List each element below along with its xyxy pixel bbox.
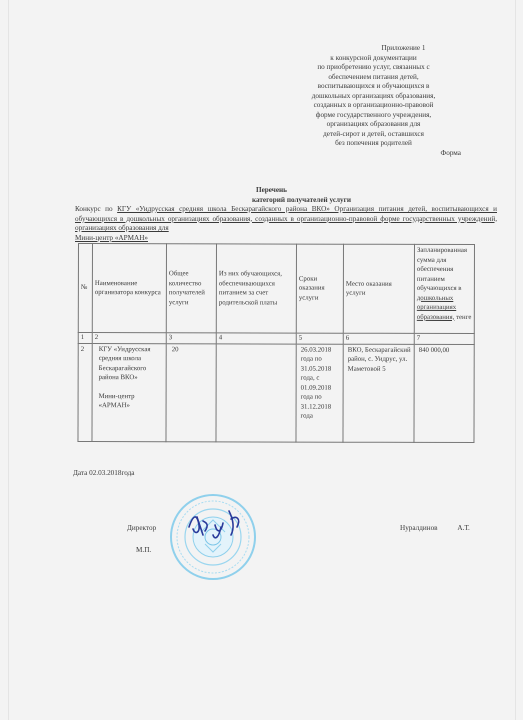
signer-name: Нуралдинов А.Т.: [400, 524, 470, 532]
appendix-line: воспитывающихся и обучающихся в: [286, 82, 461, 92]
appendix-line: детей-сирот и детей, оставшихся: [286, 130, 461, 140]
header-amount: Запланированная сумма для обеспечения пи…: [414, 244, 474, 333]
column-number: 5: [296, 333, 343, 344]
scan-edge: [8, 0, 9, 720]
header-amount-text: Запланированная сумма для обеспечения пи…: [417, 247, 467, 292]
header-total: Общее количество получателей услуги: [166, 244, 216, 333]
director-label: Директор: [127, 524, 156, 532]
recipients-table: № Наименование организатора конкурса Общ…: [77, 243, 475, 443]
table-row: 2 КГУ «Уидрусская средняя школа Бескараг…: [78, 343, 474, 442]
row-amount: 840 000,00: [414, 344, 474, 442]
row-organizer-name: КГУ «Уидрусская средняя школа Бескарагай…: [99, 345, 164, 383]
appendix-line: форме государственного учреждения,: [286, 111, 461, 121]
row-period: 26.03.2018 года по 31.05.2018 года, с 01…: [296, 344, 343, 442]
header-place: Место оказания услуги: [343, 244, 414, 333]
appendix-line: без попечения родителей: [286, 139, 461, 149]
row-organizer: КГУ «Уидрусская средняя школа Бескарагай…: [92, 343, 166, 441]
stamp-label: М.П.: [136, 546, 151, 554]
column-number: 4: [216, 333, 296, 344]
row-num: 2: [78, 343, 92, 441]
row-organizer-sub: Мини-центр «АРМАН»: [99, 392, 164, 411]
header-organizer: Наименование организатора конкурса: [92, 244, 166, 333]
contest-subject: КГУ «Уидрусская средняя школа Бескарагай…: [75, 205, 497, 232]
column-number: 6: [343, 333, 414, 344]
header-num: №: [78, 244, 92, 333]
header-period: Сроки оказания услуги: [296, 244, 343, 333]
header-amount-unit: тенге: [456, 313, 471, 320]
document-subtitle: категорий получателей услуги: [40, 196, 523, 205]
column-number: 3: [166, 333, 216, 344]
contest-organization: Мини-центр «АРМАН»: [75, 234, 148, 242]
signature-icon: [185, 505, 260, 545]
row-place: ВКО, Бескарагайский район, с. Уидрус, ул…: [343, 344, 414, 442]
header-parent-paid: Из них обучающихся, обеспечивающихся пит…: [216, 244, 296, 333]
appendix-line: организациях образования для: [286, 120, 461, 130]
column-number: 2: [92, 333, 166, 344]
form-label: Форма: [286, 149, 461, 159]
row-parent-paid: [216, 343, 296, 441]
appendix-line: к конкурсной документации: [286, 54, 461, 64]
appendix-line: Приложение 1: [286, 44, 461, 54]
row-total: 20: [166, 343, 216, 441]
appendix-line: созданных в организационно-правовой: [286, 101, 461, 111]
header-amount-underlined: дошкольных организациях образования,: [417, 294, 456, 320]
contest-prefix: Конкурс по: [75, 205, 113, 213]
scan-edge: [515, 0, 516, 720]
appendix-line: обеспечением питания детей,: [286, 73, 461, 83]
document-date: Дата 02.03.2018года: [73, 469, 134, 477]
document-title: Перечень: [10, 186, 523, 195]
column-number: 1: [78, 333, 92, 344]
table-header-row: № Наименование организатора конкурса Общ…: [78, 244, 474, 334]
appendix-line: дошкольных организациях образования,: [286, 92, 461, 102]
appendix-header: Приложение 1 к конкурсной документации п…: [286, 44, 461, 158]
document-page: Приложение 1 к конкурсной документации п…: [0, 0, 523, 720]
contest-description: Конкурс по КГУ «Уидрусская средняя школа…: [75, 205, 497, 243]
appendix-line: по приобретению услуг, связанных с: [286, 63, 461, 73]
column-number: 7: [414, 333, 474, 344]
